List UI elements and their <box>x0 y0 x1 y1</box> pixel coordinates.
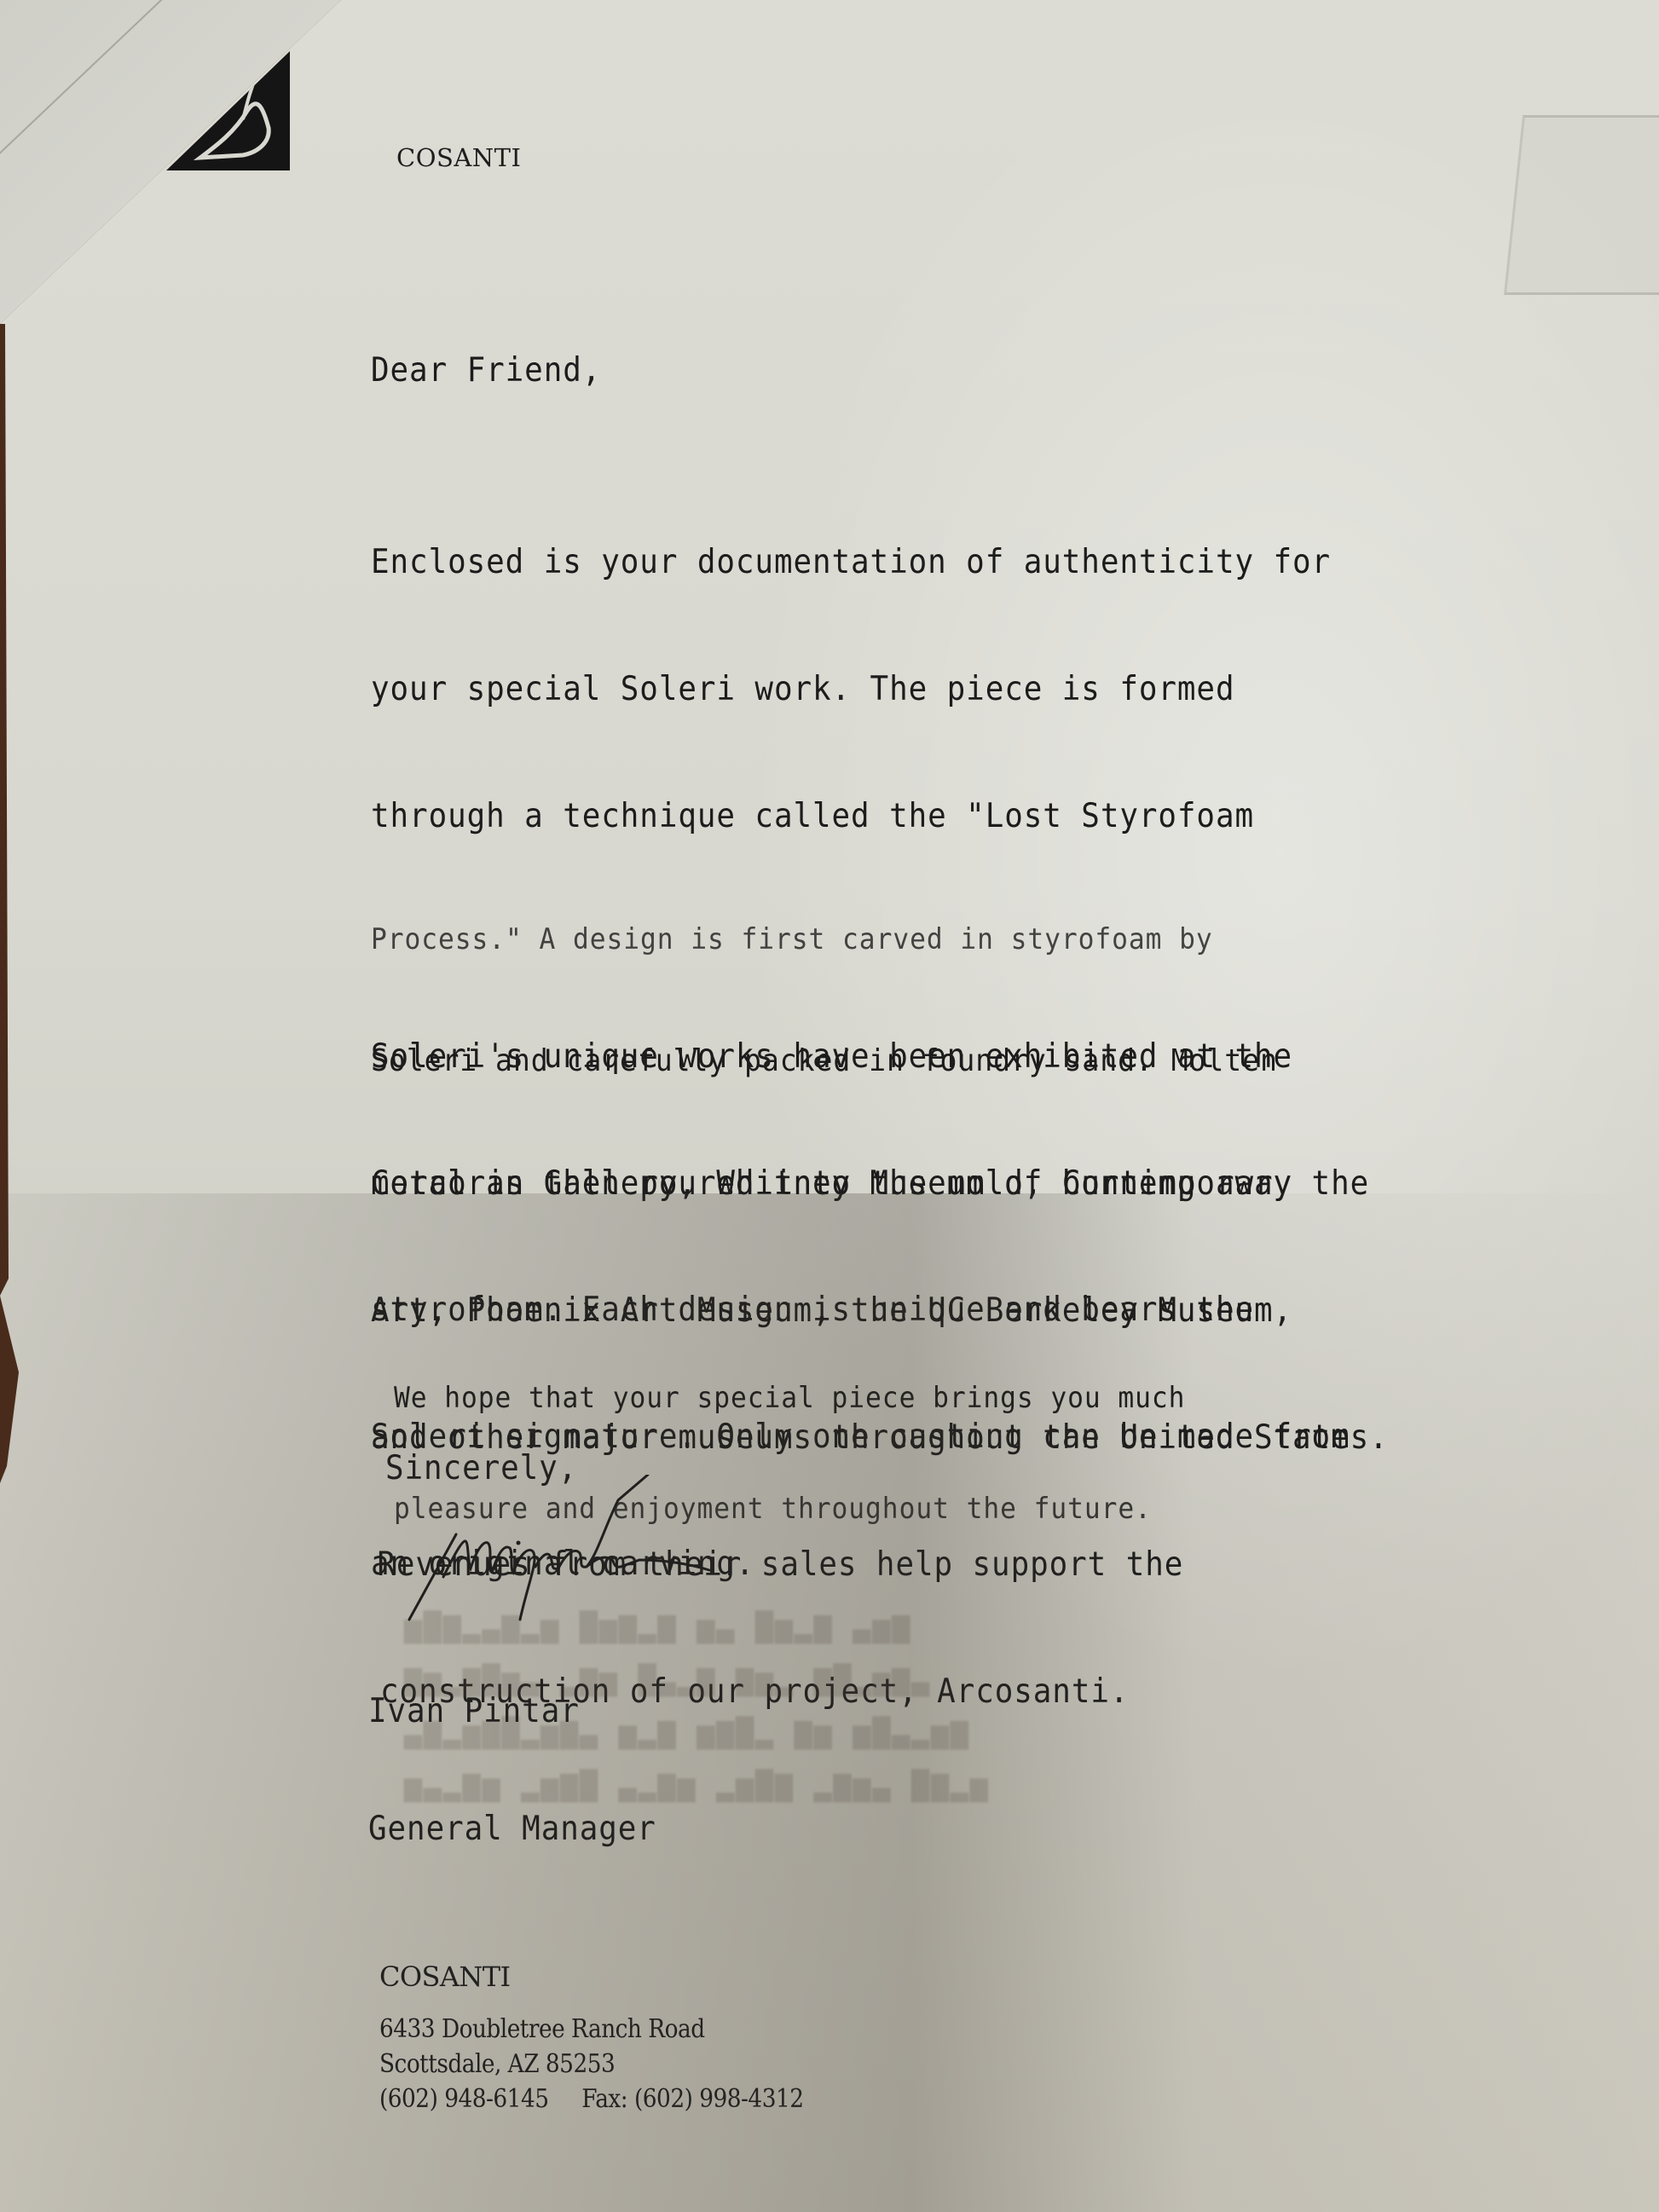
text-line: your special Soleri work. The piece is f… <box>371 664 1369 714</box>
footer-street: 6433 Doubletree Ranch Road <box>379 2012 804 2047</box>
signer-title: General Manager <box>368 1810 656 1849</box>
letterhead-company: COSANTI <box>396 143 521 172</box>
text-line: through a technique called the "Lost Sty… <box>371 791 1369 841</box>
footer-phone: (602) 948-6145 <box>379 2084 548 2114</box>
text-line: Soleri's unique works have been exhibite… <box>371 1031 1389 1082</box>
text-line: Corcoran Gallery, Whitney Museum of Cont… <box>371 1158 1389 1209</box>
signer-name: Ivan Pintar <box>368 1692 656 1731</box>
faint-stamp-impression <box>1504 115 1659 295</box>
greeting: Dear Friend, <box>371 351 601 390</box>
footer-company: COSANTI <box>379 1961 861 1993</box>
footer-city: Scottsdale, AZ 85253 <box>379 2047 804 2082</box>
footer-fax: Fax: (602) 998-4312 <box>581 2084 803 2114</box>
footer-address: COSANTI 6433 Doubletree Ranch Road Scott… <box>379 1961 861 2117</box>
text-line: We hope that your special piece brings y… <box>394 1377 1185 1419</box>
signature-icon <box>392 1475 784 1624</box>
text-line: Enclosed is your documentation of authen… <box>371 537 1369 587</box>
footer-contact: (602) 948-6145Fax: (602) 998-4312 <box>379 2082 804 2117</box>
signer-block: Ivan Pintar General Manager <box>368 1614 656 1888</box>
